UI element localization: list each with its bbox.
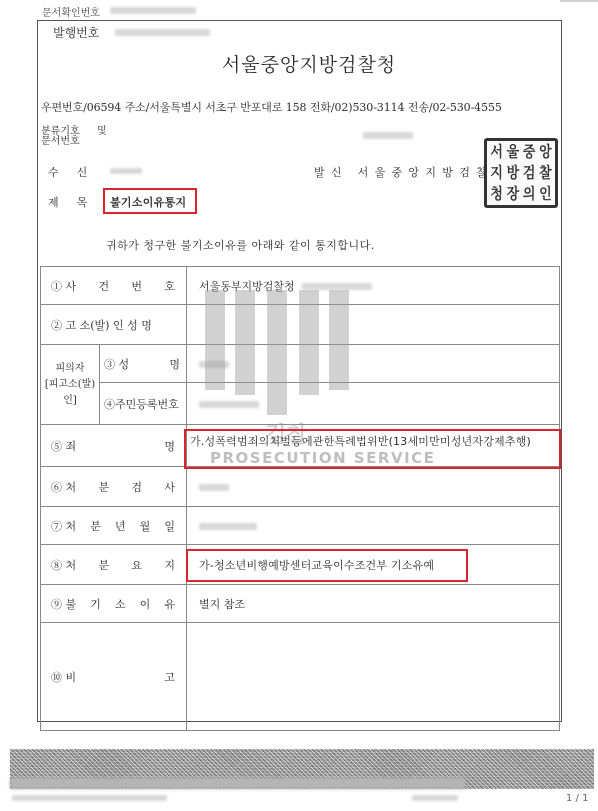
seal-char: 서 [489,142,504,165]
case-number-redacted [302,283,372,290]
footer-mid-redacted [412,795,458,801]
table-row-remarks: ⑩ 비고 [41,623,560,731]
label-char: 일 [164,518,175,534]
document-check-number-redacted [110,7,196,14]
label-char: ① 사 [51,278,76,294]
suspect-name-redacted [199,361,229,368]
agency-address: 우편번호/06594 주소/서울특별시 서초구 반포대로 158 전화/02)5… [41,99,502,115]
label-char: ⑤ 죄 [51,438,76,454]
label-char: 월 [140,518,151,534]
label-char: ⑨ 불 [51,596,76,612]
disposal-summary-label: ⑧ 처분요지 [41,545,187,585]
disposal-summary-highlight-box [186,549,468,582]
crime-label: ⑤ 죄명 [41,425,187,467]
label-char: 유 [164,596,175,612]
prosecutor-label: ⑥ 처분검사 [41,467,187,507]
document-check-number-label: 문서확인번호 [42,4,100,19]
label-char: 호 [164,278,175,294]
seal-char: 청 [489,184,504,207]
table-row-case-number: ① 사건번호 서울동부지방검찰청 [41,267,560,305]
seal-char: 중 [522,142,537,165]
table-row-prosecutor: ⑥ 처분검사 [41,467,560,507]
table-row-complainant: ② 고 소(발) 인 성 명 [41,305,560,345]
label-char: 기 [90,596,101,612]
table-row-suspect-name: 피의자 [피고소(발)인] ③ 성명 [41,345,560,383]
classification-and: 및 [97,127,107,137]
suspect-name-label: ③ 성명 [100,345,187,383]
disposal-date-label: ⑦ 처분년월일 [41,507,187,545]
remarks-value [187,623,560,731]
issue-number-label: 발행번호 [53,24,99,41]
table-row-disposal-date: ⑦ 처분년월일 [41,507,560,545]
subject-label: 제목 [48,194,105,210]
label-char: 고 [164,669,175,685]
seal-char: 울 [505,142,520,165]
notice-table: ① 사건번호 서울동부지방검찰청 ② 고 소(발) 인 성 명 피의자 [피고소… [40,266,560,731]
table-row-non-indictment-reason: ⑨ 불기소이유 별지 참조 [41,585,560,623]
official-seal: 서울중앙지방검찰청장의인 [484,138,558,208]
seal-char: 찰 [538,163,553,186]
top-right-mark [560,0,598,2]
footer-redacted-band [10,778,465,789]
label-char: 분 [90,518,101,534]
document-date-redacted [363,132,413,139]
agency-title: 서울중앙지방검찰청 [0,50,598,77]
seal-char: 장 [505,184,520,207]
label-char: 사 [164,479,175,495]
label-char: 명 [164,438,175,454]
seal-char: 의 [522,184,537,207]
label-char: ⑩ 비 [51,669,76,685]
label-char: ③ 성 [104,356,129,372]
suspect-group-label: 피의자 [피고소(발)인] [41,345,100,425]
suspect-id-value [187,383,560,425]
case-number-label: ① 사건번호 [41,267,187,305]
non-indictment-reason-label: ⑨ 불기소이유 [41,585,187,623]
case-number-value: 서울동부지방검찰청 [187,267,560,305]
classification-label-line2: 문서번호 [41,137,80,147]
prosecutor-value [187,467,560,507]
seal-char: 인 [538,184,553,207]
label-char: 지 [164,557,175,573]
issue-number-redacted [115,29,210,36]
label-char: 분 [98,557,109,573]
label-char: 요 [131,557,142,573]
footer-left-redacted [12,795,167,801]
seal-char: 앙 [538,142,553,165]
page-number: 1 / 1 [566,793,588,804]
recipient-redacted [110,168,142,174]
complainant-value [187,305,560,345]
seal-char: 방 [505,163,520,186]
disposal-date-value [187,507,560,545]
label-char: ⑧ 처 [51,557,76,573]
label-char: 분 [98,479,109,495]
crime-value: 가.성폭력범죄의처벌등에관한특례법위반(13세미만미성년자강제추행) [190,433,556,450]
intro-text: 귀하가 청구한 불기소이유를 아래와 같이 통지합니다. [106,237,375,253]
prosecutor-redacted [199,484,229,491]
label-char: 번 [131,278,142,294]
classification-label: 분류기호 문서번호 및 [41,127,80,147]
label-char: ⑦ 처 [51,518,76,534]
disposal-date-redacted [199,523,257,530]
suspect-id-redacted [199,401,259,408]
recipient-label: 수신 [48,164,105,180]
label-char: 년 [115,518,126,534]
suspect-id-label: ④주민등록번호 [100,383,187,425]
label-char: ⑥ 처 [51,479,76,495]
non-indictment-reason-value: 별지 참조 [187,585,560,623]
subject-value: 불기소이유통지 [110,194,186,210]
label-char: 명 [169,356,180,372]
label-char: 소 [115,596,126,612]
label-char: 검 [131,479,142,495]
remarks-label: ⑩ 비고 [41,623,187,731]
suspect-name-value [187,345,560,383]
seal-char: 검 [522,163,537,186]
label-char: 이 [140,596,151,612]
label-char: 건 [98,278,109,294]
seal-char: 지 [489,163,504,186]
complainant-label: ② 고 소(발) 인 성 명 [41,305,187,345]
